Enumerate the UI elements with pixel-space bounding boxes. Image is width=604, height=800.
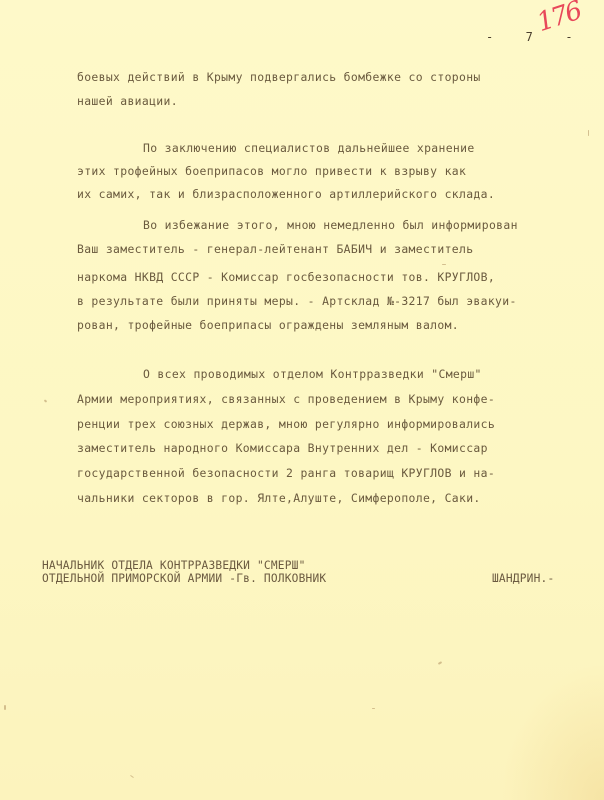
text-line: чальники секторов в гор. Ялте,Алуште, Си… [77, 491, 481, 505]
signature-title-line-1: НАЧАЛЬНИК ОТДЕЛА КОНТРРАЗВЕДКИ "СМЕРШ" [42, 559, 306, 572]
document-page: 176 - 7 - боевых действий в Крыму подвер… [0, 0, 604, 800]
text-line: боевых действий в Крыму подвергались бом… [77, 70, 481, 84]
paper-speck [588, 130, 589, 136]
paper-speck [130, 775, 134, 778]
text-line: ренции трех союзных держав, мною регуляр… [77, 417, 495, 431]
text-line: О всех проводимых отделом Контрразведки … [143, 367, 482, 381]
paper-speck [438, 661, 442, 665]
text-line: Армии мероприятиях, связанных с проведен… [77, 392, 495, 406]
text-line: нашей авиации. [77, 94, 178, 108]
text-line: заместитель народного Комиссара Внутренн… [77, 441, 488, 455]
page-number: - 7 - [486, 30, 579, 44]
paper-speck [372, 708, 375, 709]
text-line: Во избежание этого, мною немедленно был … [143, 218, 518, 232]
text-line: Ваш заместитель - генерал-лейтенант БАБИ… [77, 242, 473, 256]
paper-speck [4, 705, 6, 710]
text-line: наркома НКВД СССР - Комиссар госбезопасн… [77, 270, 495, 284]
paper-speck [442, 264, 446, 265]
text-line: их самих, так и близрасположенного артил… [77, 187, 495, 201]
text-line: в результате были приняты меры. - Артскл… [77, 294, 517, 308]
text-line: этих трофейных боеприпасов могло привест… [77, 164, 466, 178]
text-line: рован, трофейные боеприпасы ограждены зе… [77, 318, 459, 332]
paper-speck [44, 399, 48, 402]
text-line: государственной безопасности 2 ранга тов… [77, 466, 495, 480]
text-line: По заключению специалистов дальнейшее хр… [143, 141, 475, 155]
signature-name: ШАНДРИН.- [492, 572, 554, 585]
signature-title-line-2: ОТДЕЛЬНОЙ ПРИМОРСКОЙ АРМИИ -Гв. ПОЛКОВНИ… [42, 572, 326, 585]
